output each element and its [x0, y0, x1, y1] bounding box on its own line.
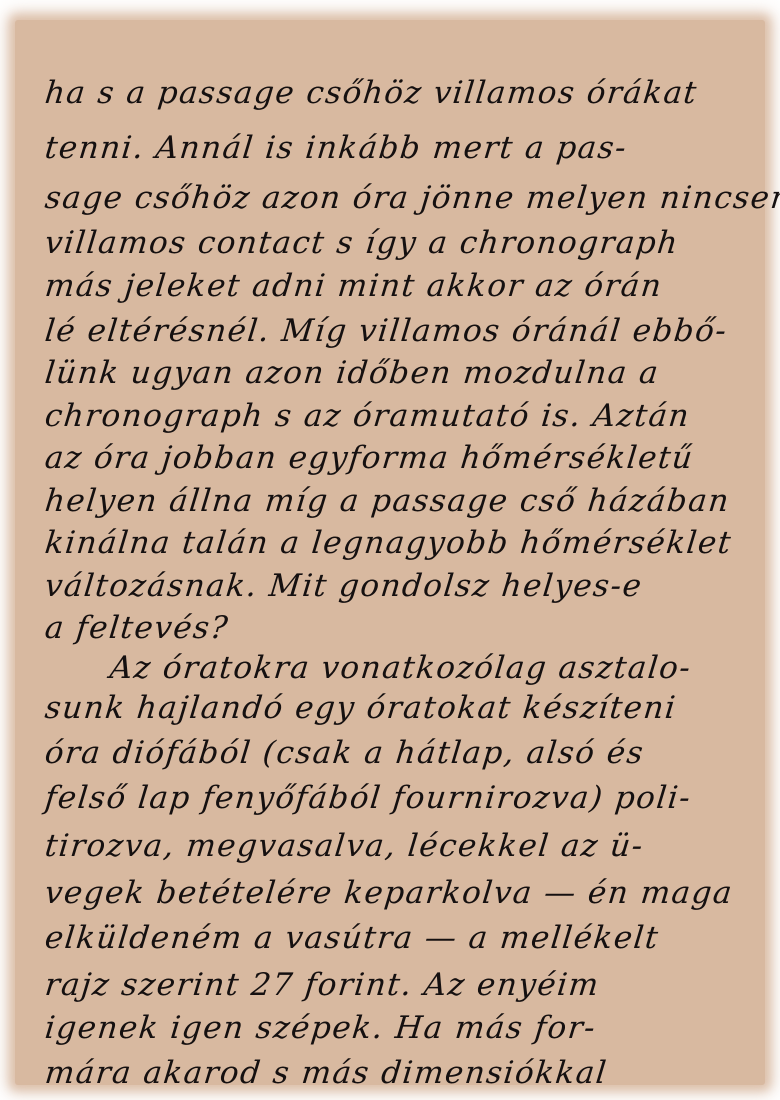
letter-line: igenek igen szépek. Ha más for- — [43, 1010, 598, 1046]
letter-line: elküldeném a vasútra — a mellékelt — [43, 920, 661, 956]
letter-line: vegek betételére keparkolva — én maga — [43, 875, 735, 911]
letter-line: lünk ugyan azon időben mozdulna a — [43, 355, 661, 391]
letter-line: felső lap fenyőfából fournirozva) poli- — [43, 780, 693, 816]
letter-line: az óra jobban egyforma hőmérsékletű — [43, 440, 695, 476]
letter-line: más jeleket adni mint akkor az órán — [43, 268, 664, 304]
letter-line: kinálna talán a legnagyobb hőmérséklet — [43, 525, 734, 561]
letter-line: mára akarod s más dimensiókkal — [43, 1055, 609, 1091]
letter-line: a feltevés? — [43, 610, 231, 646]
letter-line: helyen állna míg a passage cső házában — [43, 483, 732, 519]
letter-line: lé eltérésnél. Míg villamos óránál ebbő- — [43, 313, 729, 349]
letter-line: ha s a passage csőhöz villamos órákat — [43, 75, 699, 111]
letter-line: sunk hajlandó egy óratokat készíteni — [43, 690, 678, 726]
letter-line: chronograph s az óramutató is. Aztán — [43, 398, 692, 434]
letter-line: Az óratokra vonatkozólag asztalo- — [108, 650, 693, 686]
letter-line: rajz szerint 27 forint. Az enyéim — [43, 967, 601, 1003]
letter-line: sage csőhöz azon óra jönne melyen nincse… — [43, 180, 780, 216]
letter-line: óra diófából (csak a hátlap, alsó és — [43, 735, 646, 771]
letter-line: tenni. Annál is inkább mert a pas- — [43, 130, 629, 166]
letter-line: változásnak. Mit gondolsz helyes-e — [43, 568, 644, 604]
letter-line: villamos contact s így a chronograph — [43, 225, 681, 261]
letter-line: tirozva, megvasalva, lécekkel az ü- — [43, 828, 646, 864]
